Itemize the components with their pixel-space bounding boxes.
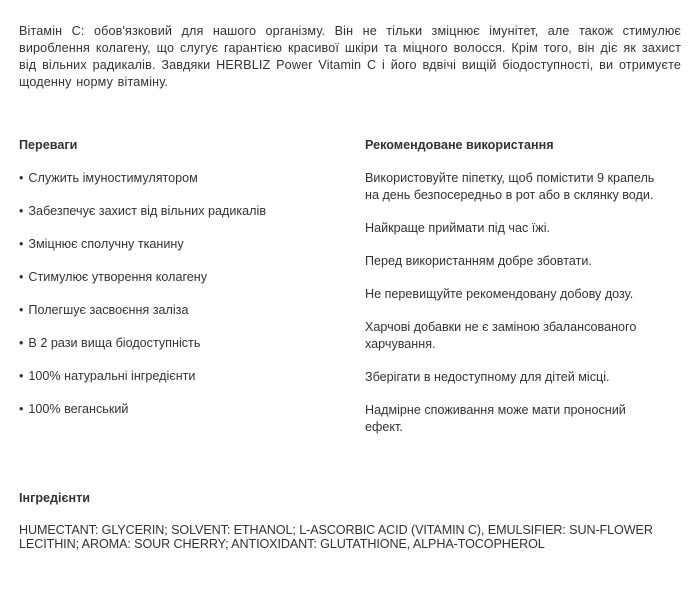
usage-paragraph: Не перевищуйте рекомендовану добову дозу… [365, 286, 665, 303]
usage-section: Рекомендоване використання Використовуйт… [365, 137, 665, 436]
benefit-item: 100% веганський [19, 401, 339, 434]
usage-paragraph: Зберігати в недоступному для дітей місці… [365, 369, 665, 386]
benefit-item: В 2 рази вища біодоступність [19, 335, 339, 368]
usage-paragraph: Надмірне споживання може мати проносний … [365, 402, 665, 436]
ingredients-text: HUMECTANT: GLYCERIN; SOLVENT: ETHANOL; L… [19, 523, 659, 551]
benefits-list: Служить імуностимулятором Забезпечує зах… [19, 170, 339, 434]
benefit-item: Зміцнює сполучну тканину [19, 236, 339, 269]
benefit-item: Служить імуностимулятором [19, 170, 339, 203]
usage-paragraph: Найкраще приймати під час їжі. [365, 220, 665, 237]
usage-paragraph: Харчові добавки не є заміною збалансован… [365, 319, 665, 353]
benefit-item: Полегшує засвоєння заліза [19, 302, 339, 335]
ingredients-title: Інгредієнти [19, 490, 659, 507]
benefits-section: Переваги Служить імуностимулятором Забез… [19, 137, 339, 434]
ingredients-section: Інгредієнти HUMECTANT: GLYCERIN; SOLVENT… [19, 490, 659, 551]
intro-paragraph: Вітамін С: обов'язковий для нашого орган… [19, 23, 681, 91]
benefits-title: Переваги [19, 137, 339, 154]
usage-title: Рекомендоване використання [365, 137, 665, 154]
benefit-item: Забезпечує захист від вільних радикалів [19, 203, 339, 236]
usage-paragraph: Використовуйте піпетку, щоб помістити 9 … [365, 170, 665, 204]
usage-paragraph: Перед використанням добре збовтати. [365, 253, 665, 270]
benefit-item: Стимулює утворення колагену [19, 269, 339, 302]
benefit-item: 100% натуральні інгредієнти [19, 368, 339, 401]
